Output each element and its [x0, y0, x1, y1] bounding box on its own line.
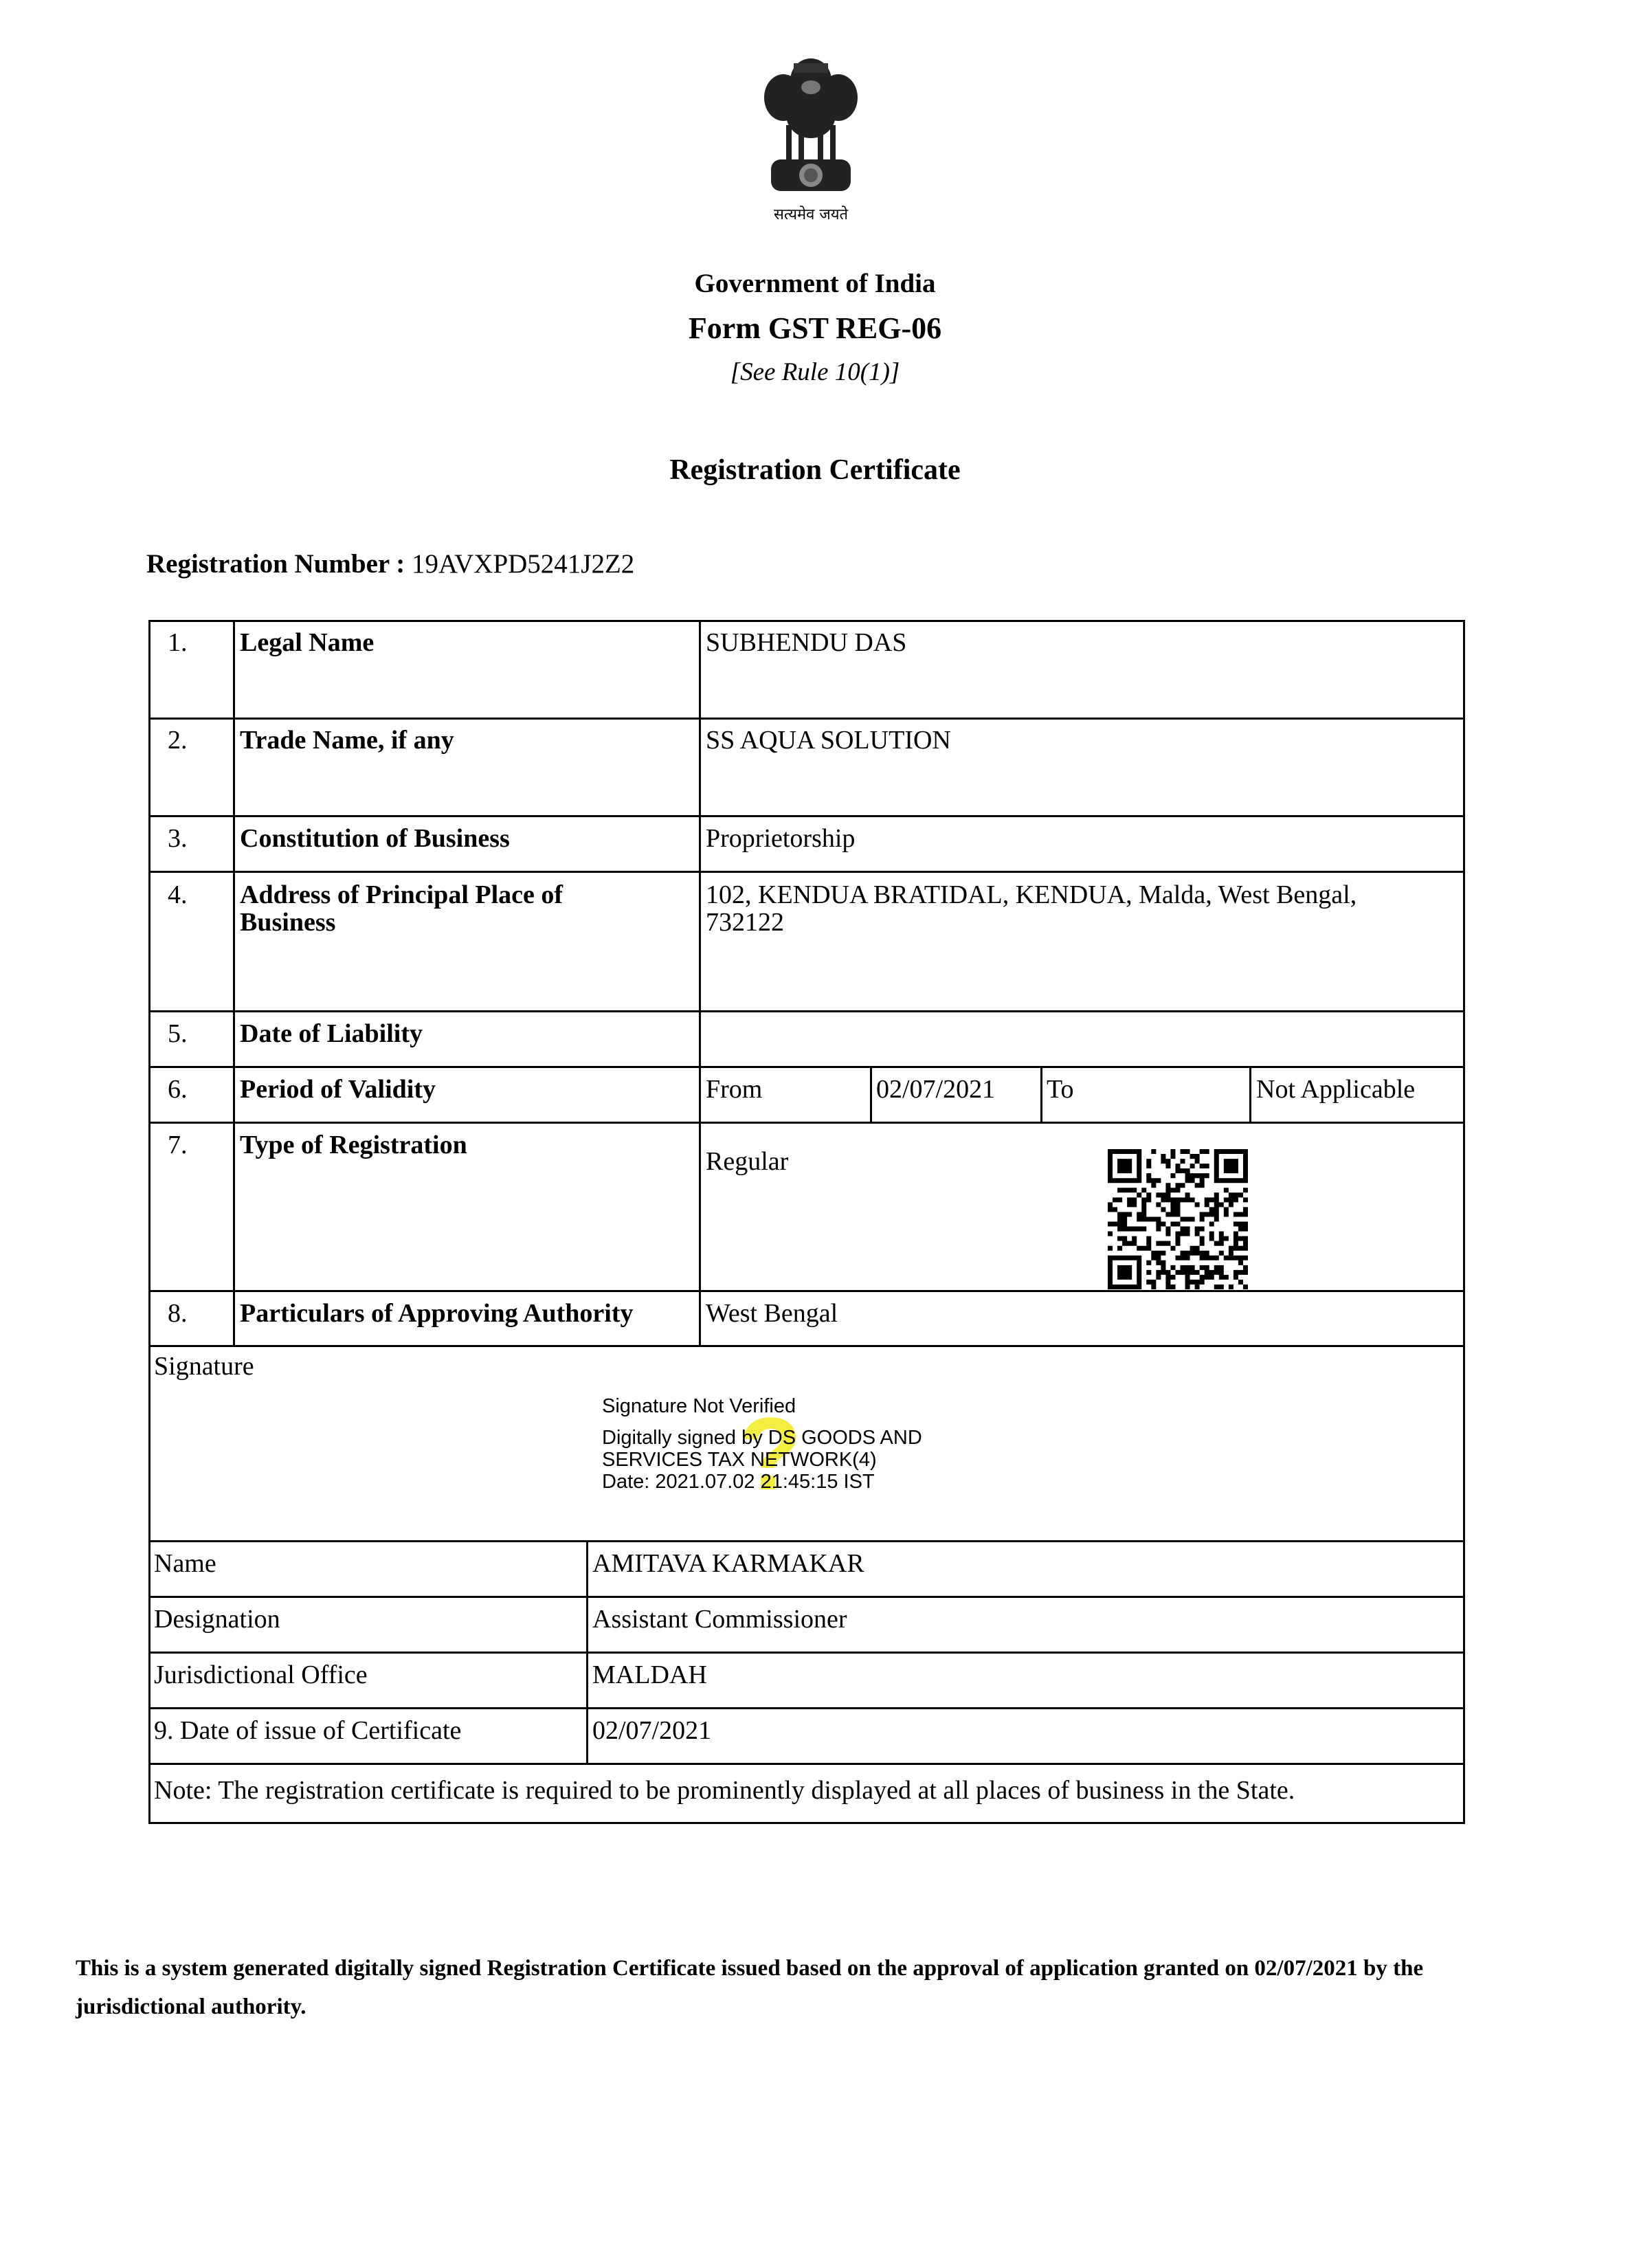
registration-number-label: Registration Number :	[146, 549, 405, 579]
designation-label: Designation	[154, 1605, 280, 1633]
row-divider	[148, 1822, 1465, 1824]
row-number: 1.	[168, 629, 188, 656]
system-generated-footer: This is a system generated digitally sig…	[76, 1949, 1553, 2026]
signed-by-line-1: Digitally signed by DS GOODS AND	[602, 1427, 922, 1449]
row-number: 6.	[168, 1076, 188, 1103]
row-divider	[148, 1540, 1465, 1542]
validity-from-date: 02/07/2021	[876, 1076, 995, 1103]
column-divider	[233, 620, 235, 1345]
row-number: 4.	[168, 881, 188, 909]
designation-value: Assistant Commissioner	[592, 1605, 847, 1633]
national-emblem-icon	[756, 49, 866, 208]
row-divider	[148, 1707, 1465, 1709]
validity-to-value: Not Applicable	[1256, 1076, 1415, 1103]
row-number: 5.	[168, 1020, 188, 1047]
column-divider	[586, 1540, 588, 1763]
row-number: 7.	[168, 1131, 188, 1159]
row-divider	[148, 620, 1465, 622]
qr-code-icon	[1108, 1149, 1248, 1289]
certificate-title: Registration Certificate	[0, 454, 1630, 487]
column-divider	[1249, 1066, 1251, 1122]
signed-by-line-2: SERVICES TAX NETWORK(4)	[602, 1449, 922, 1471]
row-divider	[148, 1596, 1465, 1598]
rule-reference: [See Rule 10(1)]	[0, 357, 1630, 387]
signature-label: Signature	[154, 1353, 254, 1380]
row-divider	[148, 1763, 1465, 1765]
registration-number-value: 19AVXPD5241J2Z2	[412, 549, 634, 579]
period-of-validity-label: Period of Validity	[240, 1076, 436, 1103]
row-divider	[148, 718, 1465, 720]
validity-from-label: From	[706, 1076, 762, 1103]
row-number: 8.	[168, 1300, 188, 1327]
address-label: Address of Principal Place of Business	[240, 881, 625, 936]
type-of-registration-value: Regular	[706, 1148, 788, 1175]
officer-name-label: Name	[154, 1550, 216, 1577]
row-divider	[148, 1652, 1465, 1654]
constitution-label: Constitution of Business	[240, 825, 510, 852]
registration-number: Registration Number : 19AVXPD5241J2Z2	[146, 548, 634, 579]
row-divider	[148, 871, 1465, 873]
row-divider	[148, 1345, 1465, 1347]
trade-name-value: SS AQUA SOLUTION	[706, 726, 951, 754]
approving-authority-value: West Bengal	[706, 1300, 838, 1327]
approving-authority-label: Particulars of Approving Authority	[240, 1300, 634, 1327]
column-divider	[870, 1066, 872, 1122]
date-of-issue-label: 9. Date of issue of Certificate	[154, 1717, 461, 1744]
date-of-liability-label: Date of Liability	[240, 1020, 423, 1047]
table-border	[148, 620, 150, 1824]
trade-name-label: Trade Name, if any	[240, 726, 454, 754]
jurisdictional-office-label: Jurisdictional Office	[154, 1661, 368, 1689]
legal-name-value: SUBHENDU DAS	[706, 629, 906, 656]
signature-status: Signature Not Verified	[602, 1395, 922, 1417]
row-divider	[148, 1010, 1465, 1012]
form-title: Form GST REG-06	[0, 311, 1630, 346]
row-number: 2.	[168, 726, 188, 754]
row-divider	[148, 815, 1465, 817]
digital-signature-stamp[interactable]: Signature Not Verified Digitally signed …	[602, 1395, 922, 1493]
row-number: 3.	[168, 825, 188, 852]
row-divider	[148, 1066, 1465, 1068]
date-of-issue-value: 02/07/2021	[592, 1717, 711, 1744]
officer-name-value: AMITAVA KARMAKAR	[592, 1550, 864, 1577]
signature-date: Date: 2021.07.02 21:45:15 IST	[602, 1471, 922, 1493]
constitution-value: Proprietorship	[706, 825, 855, 852]
address-value: 102, KENDUA BRATIDAL, KENDUA, Malda, Wes…	[706, 881, 1434, 936]
government-heading: Government of India	[0, 268, 1630, 299]
row-divider	[148, 1122, 1465, 1124]
table-border	[1463, 620, 1465, 1824]
column-divider	[699, 620, 701, 1345]
jurisdictional-office-value: MALDAH	[592, 1661, 707, 1689]
row-divider	[148, 1290, 1465, 1292]
column-divider	[1040, 1066, 1042, 1122]
legal-name-label: Legal Name	[240, 629, 374, 656]
validity-to-label: To	[1047, 1076, 1074, 1103]
motto: सत्यमेव जयते	[742, 203, 880, 224]
type-of-registration-label: Type of Registration	[240, 1131, 467, 1159]
display-note: Note: The registration certificate is re…	[154, 1777, 1295, 1804]
